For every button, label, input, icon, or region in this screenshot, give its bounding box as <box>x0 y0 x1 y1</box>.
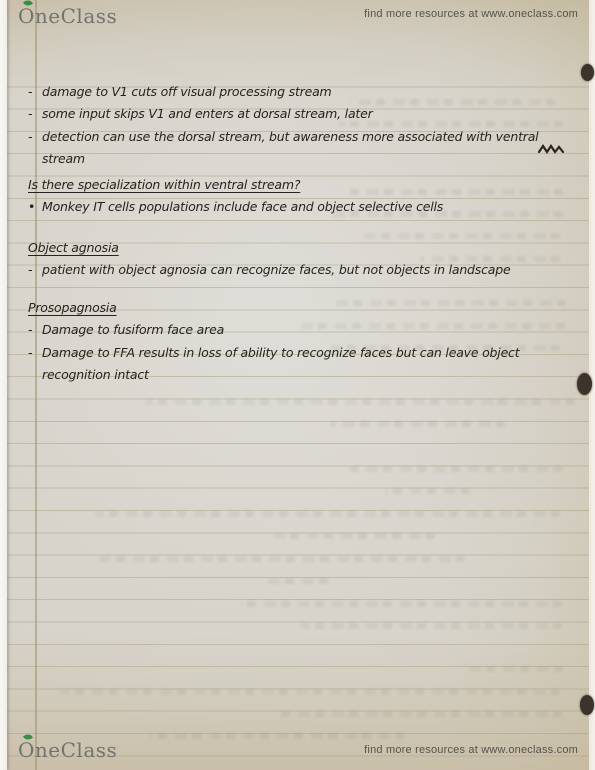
dash-marker: - <box>28 103 42 125</box>
section-heading: Object agnosia <box>28 237 119 259</box>
note-text: patient with object agnosia can recogniz… <box>42 259 573 281</box>
bullet-marker: • <box>28 196 42 218</box>
binding-mark <box>580 695 594 715</box>
note-line: Prosopagnosia <box>28 297 573 319</box>
note-line: - damage to V1 cuts off visual processin… <box>28 81 573 103</box>
note-text: damage to V1 cuts off visual processing … <box>42 81 573 103</box>
oneclass-logo-bottom: OneClass <box>18 738 117 762</box>
dash-marker: - <box>28 81 42 103</box>
note-line: Object agnosia <box>28 237 573 259</box>
binding-mark <box>577 373 592 395</box>
resources-tagline-top: find more resources at www.oneclass.com <box>364 8 578 20</box>
dash-marker: - <box>28 342 42 364</box>
note-line: - Damage to fusiform face area <box>28 319 573 341</box>
note-text: detection can use the dorsal stream, but… <box>42 126 573 171</box>
note-block-object-agnosia: Object agnosia - patient with object agn… <box>28 237 573 282</box>
binding-mark <box>581 64 594 81</box>
note-text: Damage to fusiform face area <box>42 319 573 341</box>
scan-edge-left <box>0 0 7 770</box>
note-block-visual-stream: - damage to V1 cuts off visual processin… <box>28 81 573 170</box>
note-text: some input skips V1 and enters at dorsal… <box>42 103 573 125</box>
dash-marker: - <box>28 319 42 341</box>
oneclass-logo-top: OneClass <box>18 4 117 28</box>
dash-marker: - <box>28 259 42 281</box>
note-line: - Damage to FFA results in loss of abili… <box>28 342 573 387</box>
logo-text: OneClass <box>18 4 117 28</box>
note-line: - some input skips V1 and enters at dors… <box>28 103 573 125</box>
section-heading: Prosopagnosia <box>28 297 117 319</box>
note-block-prosopagnosia: Prosopagnosia - Damage to fusiform face … <box>28 297 573 386</box>
note-text: Monkey IT cells populations include face… <box>42 196 573 218</box>
note-line: • Monkey IT cells populations include fa… <box>28 196 573 218</box>
note-text: Damage to FFA results in loss of ability… <box>42 342 562 387</box>
logo-text: OneClass <box>18 738 117 762</box>
section-heading: Is there specialization within ventral s… <box>28 174 300 196</box>
resources-tagline-bottom: find more resources at www.oneclass.com <box>364 744 578 756</box>
note-block-ventral-specialization: Is there specialization within ventral s… <box>28 174 573 219</box>
note-line: Is there specialization within ventral s… <box>28 174 573 196</box>
note-line: - detection can use the dorsal stream, b… <box>28 126 573 171</box>
ink-squiggle-mark <box>538 142 566 156</box>
note-line: - patient with object agnosia can recogn… <box>28 259 573 281</box>
dash-marker: - <box>28 126 42 148</box>
